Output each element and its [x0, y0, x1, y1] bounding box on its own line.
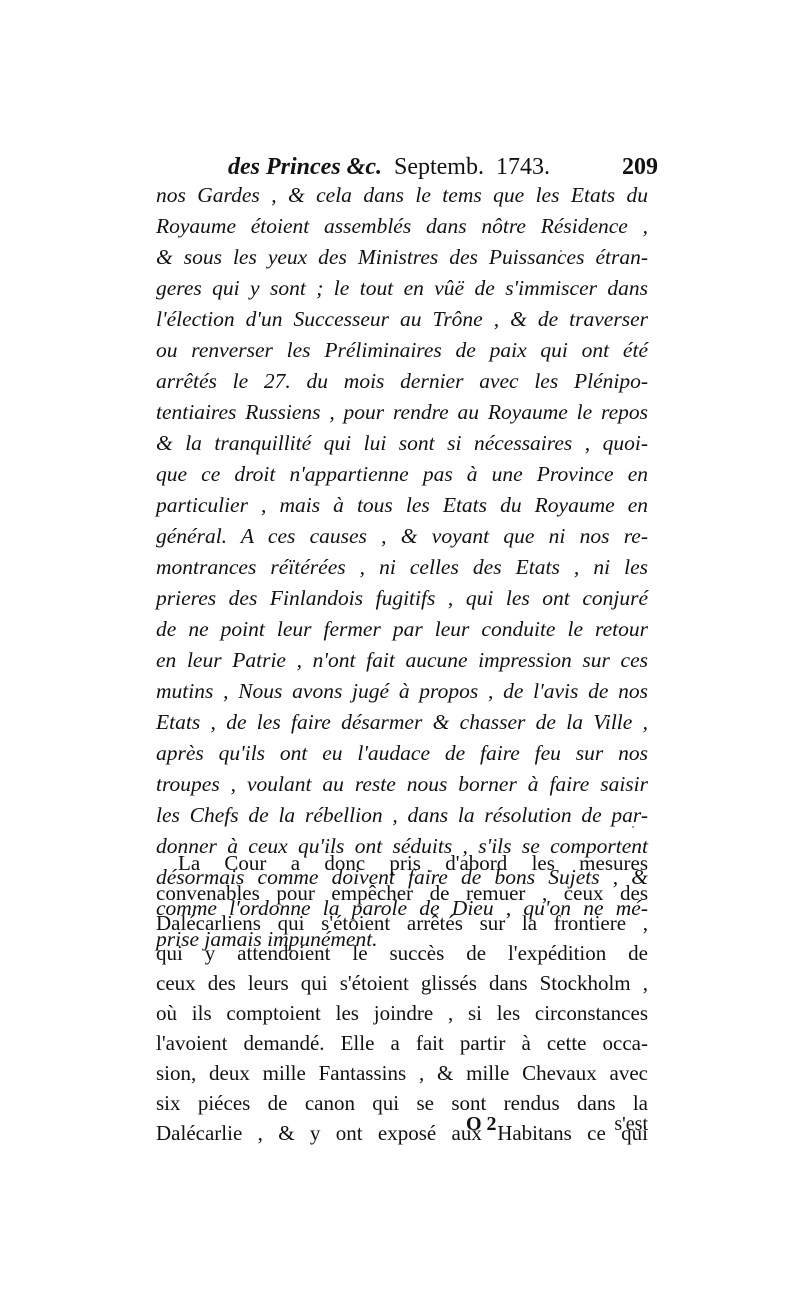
- page-number: 209: [622, 150, 658, 184]
- text-line: où ils comptoient les joindre , si les c…: [156, 998, 648, 1028]
- running-head-year: 1743.: [496, 154, 550, 180]
- text-line: mutins , Nous avons jugé à propos , de l…: [156, 676, 648, 707]
- text-line: que ce droit n'appartienne pas à une Pro…: [156, 459, 648, 490]
- text-line: & sous les yeux des Ministres des Puissa…: [156, 242, 648, 273]
- text-line: ceux des leurs qui s'étoient glissés dan…: [156, 968, 648, 998]
- text-line: Royaume étoient assemblés dans nôtre Rés…: [156, 211, 648, 242]
- roman-paragraph: La Cour a donc pris d'abord les mesures …: [156, 848, 648, 1148]
- text-line: général. A ces causes , & voyant que ni …: [156, 521, 648, 552]
- text-line: prieres des Finlandois fugitifs , qui le…: [156, 583, 648, 614]
- catchword: s'est: [614, 1110, 648, 1138]
- running-head-title: des Princes &c.: [228, 154, 382, 180]
- text-line: montrances réïtérées , ni celles des Eta…: [156, 552, 648, 583]
- page-footer: O 2 s'est: [156, 1110, 648, 1138]
- book-page: des Princes &c. Septemb. 1743. 209 nos G…: [0, 0, 800, 1304]
- text-line: troupes , voulant au reste nous borner à…: [156, 769, 648, 800]
- text-line: convenables pour empêcher de remuer , ce…: [156, 878, 648, 908]
- text-line: de ne point leur fermer par leur conduit…: [156, 614, 648, 645]
- text-line: sion, deux mille Fantassins , & mille Ch…: [156, 1058, 648, 1088]
- text-line: Dalécarliens qui s'étoient arrêtés sur l…: [156, 908, 648, 938]
- text-line: Etats , de les faire désarmer & chasser …: [156, 707, 648, 738]
- text-line: l'élection d'un Successeur au Trône , & …: [156, 304, 648, 335]
- text-line: nos Gardes , & cela dans le tems que les…: [156, 180, 648, 211]
- text-line: arrêtés le 27. du mois dernier avec les …: [156, 366, 648, 397]
- scan-speck: [560, 250, 562, 252]
- text-line: l'avoient demandé. Elle a fait partir à …: [156, 1028, 648, 1058]
- text-line: La Cour a donc pris d'abord les mesures: [156, 848, 648, 878]
- running-head-month: Septemb.: [394, 154, 484, 180]
- text-line: en leur Patrie , n'ont fait aucune impre…: [156, 645, 648, 676]
- scan-speck: [632, 826, 634, 828]
- running-head: des Princes &c. Septemb. 1743. 209: [228, 150, 658, 184]
- signature-mark: O 2: [466, 1110, 497, 1138]
- text-line: tentiaires Russiens , pour rendre au Roy…: [156, 397, 648, 428]
- text-line: & la tranquillité qui lui sont si nécess…: [156, 428, 648, 459]
- text-line: les Chefs de la rébellion , dans la réso…: [156, 800, 648, 831]
- scan-speck: [430, 870, 432, 872]
- text-line: ou renverser les Préliminaires de paix q…: [156, 335, 648, 366]
- text-line: qui y attendoient le succès de l'expédit…: [156, 938, 648, 968]
- italic-paragraph: nos Gardes , & cela dans le tems que les…: [156, 180, 648, 955]
- text-line: après qu'ils ont eu l'audace de faire fe…: [156, 738, 648, 769]
- text-line: particulier , mais à tous les Etats du R…: [156, 490, 648, 521]
- text-line: geres qui y sont ; le tout en vûë de s'i…: [156, 273, 648, 304]
